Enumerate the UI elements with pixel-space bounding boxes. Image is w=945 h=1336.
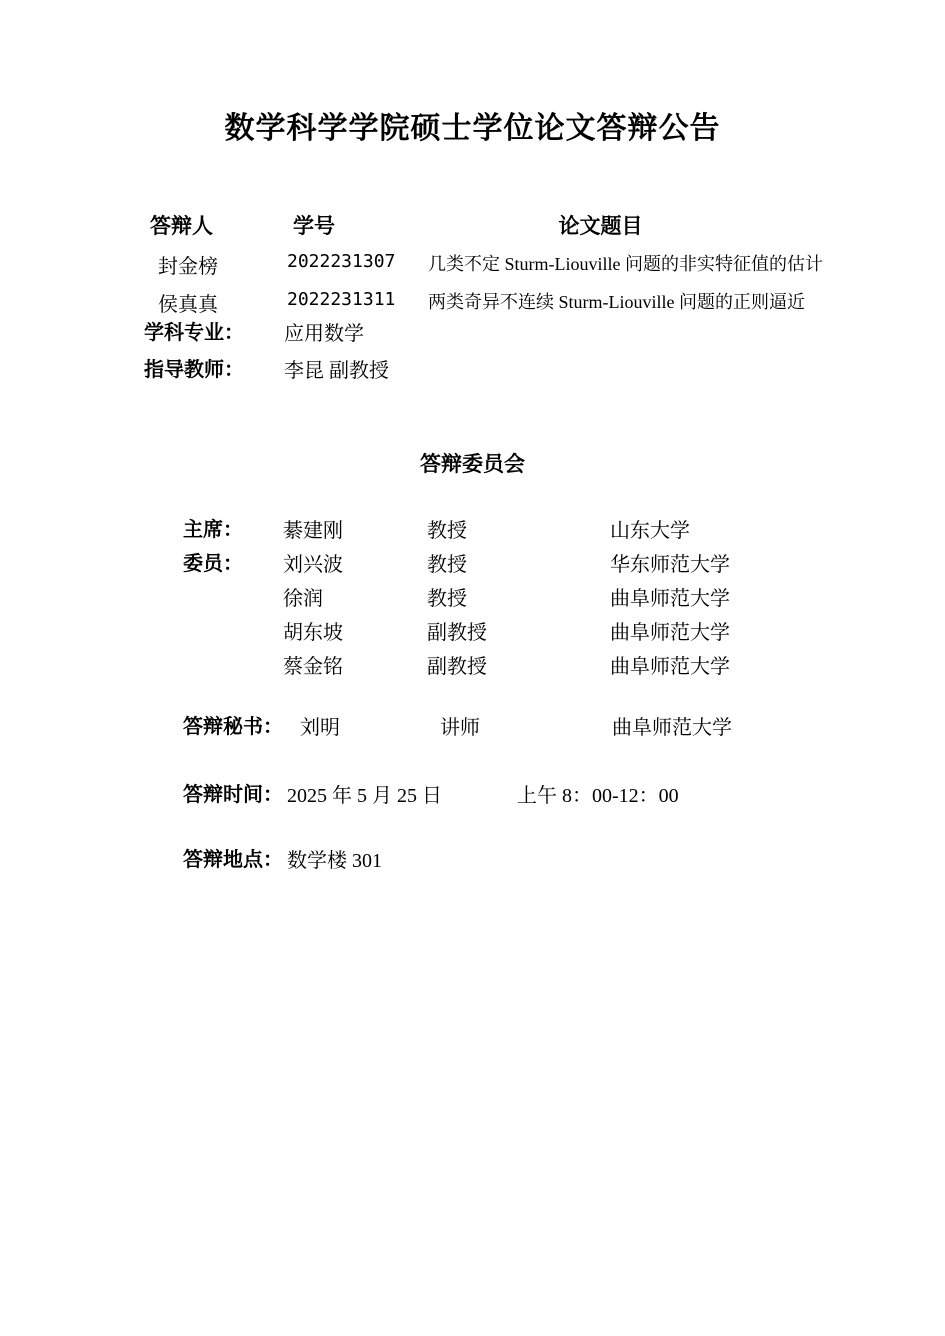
member-name: 刘兴波	[283, 548, 343, 577]
member-title: 教授	[427, 548, 467, 577]
secretary-title: 讲师	[440, 711, 480, 740]
member-name: 蔡金铭	[283, 650, 343, 679]
member-affiliation: 曲阜师范大学	[610, 650, 730, 679]
secretary-label: 答辩秘书：	[183, 710, 283, 739]
defense-date-value: 2025 年 5 月 25 日	[287, 779, 442, 808]
advisor-value: 李昆 副教授	[284, 354, 389, 383]
defender-name: 侯真真	[158, 288, 218, 317]
thesis-title: 几类不定 Sturm-Liouville 问题的非实特征值的估计	[428, 250, 823, 276]
secretary-affiliation: 曲阜师范大学	[612, 711, 732, 740]
member-affiliation: 曲阜师范大学	[610, 616, 730, 645]
defense-location-label: 答辩地点：	[183, 843, 283, 872]
advisor-label: 指导教师：	[144, 353, 244, 382]
member-name: 胡东坡	[283, 616, 343, 645]
member-affiliation: 华东师范大学	[610, 548, 730, 577]
member-title: 副教授	[427, 616, 487, 645]
defense-time-label: 答辩时间：	[183, 778, 283, 807]
defense-time-value: 上午 8：00-12：00	[517, 779, 679, 808]
defender-name: 封金榜	[158, 250, 218, 279]
thesis-title: 两类奇异不连续 Sturm-Liouville 问题的正则逼近	[428, 288, 805, 314]
major-label: 学科专业：	[144, 316, 244, 345]
member-affiliation: 山东大学	[610, 514, 690, 543]
member-affiliation: 曲阜师范大学	[610, 582, 730, 611]
defense-location-value: 数学楼 301	[287, 844, 382, 873]
table-header-defender: 答辩人	[150, 210, 213, 240]
member-role: 主席：	[183, 513, 243, 542]
member-role: 委员：	[183, 547, 243, 576]
member-title: 教授	[427, 582, 467, 611]
member-name: 徐润	[283, 582, 323, 611]
page-title: 数学科学学院硕士学位论文答辩公告	[0, 103, 945, 147]
announcement-page: 数学科学学院硕士学位论文答辩公告 答辩人 学号 论文题目 封金榜 2022231…	[0, 0, 945, 1336]
student-id: 2022231311	[287, 289, 395, 310]
secretary-name: 刘明	[300, 711, 340, 740]
member-title: 教授	[427, 514, 467, 543]
major-value: 应用数学	[284, 317, 364, 346]
table-header-student-id: 学号	[293, 210, 335, 240]
student-id: 2022231307	[287, 251, 395, 272]
member-name: 綦建刚	[283, 514, 343, 543]
table-header-thesis-title: 论文题目	[428, 210, 773, 240]
member-title: 副教授	[427, 650, 487, 679]
committee-heading: 答辩委员会	[0, 448, 945, 478]
